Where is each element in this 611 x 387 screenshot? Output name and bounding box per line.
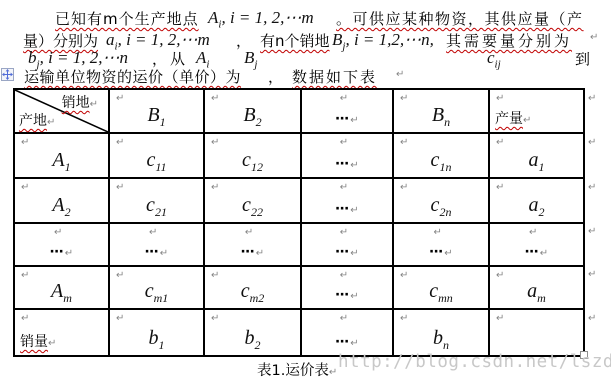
table-row: ↵A2 ↵c21 ↵c22 ↵⋯↵ ↵c2n ↵a2 — [14, 178, 584, 223]
row-header-am[interactable]: ↵Am — [14, 266, 109, 309]
end-of-row-mark: ↵ — [588, 93, 596, 104]
ellipsis: ⋯ — [50, 244, 65, 260]
end-of-row-mark: ↵ — [588, 182, 596, 193]
pilcrow-mark: ↵ — [400, 313, 408, 324]
math-expression: c12 — [242, 149, 263, 171]
math-expression: b1 — [149, 327, 165, 349]
pilcrow-mark: ↵ — [116, 137, 124, 148]
math-expression: Bj, i = 1,2,⋯n, — [332, 30, 434, 50]
math-base: a — [106, 30, 115, 49]
end-of-row-mark: ↵ — [588, 137, 596, 148]
math-expression: Bn — [432, 104, 450, 126]
math-expression: bn — [433, 327, 449, 349]
math-base: b — [28, 48, 37, 67]
header-cell-bn[interactable]: ↵Bn — [393, 89, 489, 133]
pilcrow-mark: ↵ — [400, 182, 408, 193]
pilcrow-mark: ↵ — [540, 248, 548, 259]
empty-cell[interactable]: ↵ — [489, 309, 584, 356]
math-expression: c21 — [146, 194, 167, 216]
linebreak-mark: ↵ — [396, 69, 404, 80]
pilcrow-mark: ↵ — [350, 291, 358, 302]
table-header-row: 销地↵ 产地↵ ↵B1 ↵B2 ↵⋯↵ ↵Bn ↵产量↵ — [14, 89, 584, 133]
pilcrow-mark: ↵ — [340, 227, 348, 238]
ellipsis-cell[interactable]: ↵⋯↵ — [393, 223, 489, 266]
pilcrow-mark: ↵ — [65, 248, 73, 259]
pilcrow-mark: ↵ — [245, 227, 253, 238]
supply-cell[interactable]: ↵am — [489, 266, 584, 309]
caption-text: 表1.运价表 — [257, 363, 329, 379]
math-expression: cm2 — [241, 280, 265, 302]
ellipsis: ⋯ — [335, 287, 350, 303]
pilcrow-mark: ↵ — [48, 338, 56, 349]
table-move-handle[interactable] — [1, 68, 14, 81]
ellipsis-cell[interactable]: ↵⋯↵ — [204, 223, 301, 266]
math-base: B — [244, 48, 254, 67]
end-of-row-mark: ↵ — [588, 269, 596, 280]
pilcrow-mark: ↵ — [340, 137, 348, 148]
corner-label-origin: 产地↵ — [19, 110, 55, 130]
pilcrow-mark: ↵ — [350, 248, 358, 259]
math-base: B — [332, 30, 342, 49]
pilcrow-mark: ↵ — [523, 115, 531, 126]
ellipsis: ⋯ — [429, 244, 444, 260]
pilcrow-mark: ↵ — [21, 313, 29, 324]
math-expression: B1 — [147, 104, 165, 126]
corner-label-destination: 销地↵ — [62, 92, 98, 112]
cost-cell[interactable]: ↵cm2 — [204, 266, 301, 309]
pilcrow-mark: ↵ — [350, 338, 358, 349]
pilcrow-mark: ↵ — [149, 227, 157, 238]
pilcrow-mark: ↵ — [529, 227, 537, 238]
pilcrow-mark: ↵ — [21, 137, 29, 148]
math-expression: Bj — [244, 48, 257, 68]
ellipsis-cell[interactable]: ↵⋯↵ — [301, 309, 393, 356]
linebreak-mark: ↵ — [590, 32, 598, 43]
cost-cell[interactable]: ↵cmn — [393, 266, 489, 309]
supply-cell[interactable]: ↵a1 — [489, 133, 584, 178]
paragraph-text: 已知有m个生产地点 — [55, 8, 199, 29]
math-expression: ai, i = 1, 2,⋯m — [106, 30, 210, 50]
table-caption: 表1.运价表↵ — [257, 359, 337, 380]
table-row-sales: ↵销量↵ ↵b1 ↵b2 ↵⋯↵ ↵bn ↵ — [14, 309, 584, 356]
math-expression: a1 — [529, 149, 545, 171]
math-expression: a2 — [529, 194, 545, 216]
paragraph-text: 到 — [575, 48, 590, 69]
math-expression: b2 — [245, 327, 261, 349]
math-expression: c1n — [431, 149, 452, 171]
ellipsis: ⋯ — [335, 244, 350, 260]
pilcrow-mark: ↵ — [496, 182, 504, 193]
cost-cell[interactable]: ↵c21 — [109, 178, 204, 223]
demand-cell[interactable]: ↵b2 — [204, 309, 301, 356]
ellipsis-cell[interactable]: ↵⋯↵ — [14, 223, 109, 266]
table-row: ↵A1 ↵c11 ↵c12 ↵⋯↵ ↵c1n ↵a1 — [14, 133, 584, 178]
pilcrow-mark: ↵ — [211, 182, 219, 193]
math-expression: cij — [487, 48, 501, 68]
supply-cell[interactable]: ↵a2 — [489, 178, 584, 223]
math-expression: Am — [51, 280, 72, 302]
math-expression: c11 — [147, 149, 167, 171]
pilcrow-mark: ↵ — [256, 248, 264, 259]
supply-label: 产量 — [495, 111, 523, 127]
pilcrow-mark: ↵ — [433, 227, 441, 238]
pilcrow-mark: ↵ — [496, 93, 504, 104]
pilcrow-mark: ↵ — [496, 313, 504, 324]
math-base: A — [208, 8, 218, 27]
pilcrow-mark: ↵ — [47, 117, 55, 128]
math-base: c — [487, 48, 495, 67]
paragraph-text: 运输单位物资的运价（单价）为 — [24, 66, 241, 87]
pilcrow-mark: ↵ — [496, 137, 504, 148]
pilcrow-mark: ↵ — [21, 182, 29, 193]
ellipsis: ⋯ — [335, 334, 350, 350]
cost-cell[interactable]: ↵c1n — [393, 133, 489, 178]
pilcrow-mark: ↵ — [160, 248, 168, 259]
header-cell-supply[interactable]: ↵产量↵ — [489, 89, 584, 133]
demand-cell[interactable]: ↵bn — [393, 309, 489, 356]
math-sub: ij — [495, 58, 501, 70]
math-base: A — [196, 48, 206, 67]
pilcrow-mark: ↵ — [340, 313, 348, 324]
math-expression: A1 — [52, 149, 70, 171]
cost-cell[interactable]: ↵c11 — [109, 133, 204, 178]
math-expression: Ai — [196, 48, 209, 68]
freight-rate-table: 销地↵ 产地↵ ↵B1 ↵B2 ↵⋯↵ ↵Bn ↵产量↵ ↵A1 ↵c11 ↵c… — [13, 88, 585, 357]
row-header-a1[interactable]: ↵A1 — [14, 133, 109, 178]
math-expression: bj, i = 1, 2,⋯n — [28, 48, 128, 68]
pilcrow-mark: ↵ — [211, 93, 219, 104]
cost-cell[interactable]: ↵cm1 — [109, 266, 204, 309]
pilcrow-mark: ↵ — [116, 93, 124, 104]
pilcrow-mark: ↵ — [340, 270, 348, 281]
math-expression: c2n — [431, 194, 452, 216]
ellipsis: ⋯ — [335, 111, 350, 127]
ellipsis: ⋯ — [335, 201, 350, 217]
punctuation: ， — [268, 66, 283, 87]
cost-cell[interactable]: ↵c12 — [204, 133, 301, 178]
math-expression: B2 — [243, 104, 261, 126]
table-row: ↵Am ↵cm1 ↵cm2 ↵⋯↵ ↵cmn ↵am — [14, 266, 584, 309]
ellipsis: ⋯ — [525, 244, 540, 260]
pilcrow-mark: ↵ — [211, 137, 219, 148]
end-of-row-mark: ↵ — [588, 226, 596, 237]
ellipsis-cell[interactable]: ↵⋯↵ — [109, 223, 204, 266]
math-expression: am — [527, 280, 546, 302]
paragraph-text: 其需要量分别为 — [446, 30, 572, 51]
ellipsis-cell[interactable]: ↵⋯↵ — [301, 223, 393, 266]
paragraph-text: 。可供应某种物资，其供应量（产 — [336, 8, 584, 29]
math-expression: cmn — [429, 280, 453, 302]
header-cell-b2[interactable]: ↵B2 — [204, 89, 301, 133]
ellipsis-cell[interactable]: ↵⋯↵ — [301, 133, 393, 178]
math-expression: cm1 — [145, 280, 169, 302]
ellipsis-cell[interactable]: ↵⋯↵ — [301, 266, 393, 309]
pilcrow-mark: ↵ — [54, 227, 62, 238]
pilcrow-mark: ↵ — [340, 182, 348, 193]
cost-cell[interactable]: ↵c22 — [204, 178, 301, 223]
paragraph-text: 有n个销地 — [260, 30, 330, 51]
math-expression: A2 — [52, 194, 70, 216]
math-rest: , i = 1, 2,⋯m — [118, 30, 210, 49]
corner-cell[interactable]: 销地↵ 产地↵ — [14, 89, 109, 133]
cost-cell[interactable]: ↵c2n — [393, 178, 489, 223]
move-arrows-icon — [2, 69, 13, 80]
pilcrow-mark: ↵ — [116, 182, 124, 193]
pilcrow-mark: ↵ — [400, 93, 408, 104]
ellipsis-cell[interactable]: ↵⋯↵ — [301, 178, 393, 223]
ellipsis: ⋯ — [335, 156, 350, 172]
table-row-ellipsis: ↵⋯↵ ↵⋯↵ ↵⋯↵ ↵⋯↵ ↵⋯↵ ↵⋯↵ — [14, 223, 584, 266]
demand-cell[interactable]: ↵b1 — [109, 309, 204, 356]
pilcrow-mark: ↵ — [400, 137, 408, 148]
word-document-page: 已知有m个生产地点 Ai, i = 1, 2,⋯m 。可供应某种物资，其供应量（… — [0, 0, 611, 387]
math-expression: Ai, i = 1, 2,⋯m — [208, 8, 314, 28]
math-rest: , i = 1,2,⋯n, — [345, 30, 433, 49]
ellipsis-cell[interactable]: ↵⋯↵ — [489, 223, 584, 266]
pilcrow-mark: ↵ — [340, 93, 348, 104]
end-of-row-mark: ↵ — [588, 313, 596, 324]
pilcrow-mark: ↵ — [329, 367, 337, 378]
pilcrow-mark: ↵ — [211, 313, 219, 324]
pilcrow-mark: ↵ — [350, 160, 358, 171]
header-cell-b1[interactable]: ↵B1 — [109, 89, 204, 133]
math-rest: , i = 1, 2,⋯m — [221, 8, 313, 27]
ellipsis: ⋯ — [241, 244, 256, 260]
paragraph-text: 数据如下表 — [292, 66, 377, 87]
math-sub: j — [254, 58, 257, 70]
pilcrow-mark: ↵ — [350, 115, 358, 126]
pilcrow-mark: ↵ — [116, 313, 124, 324]
watermark: http://blog.csdn.net/lszdh — [338, 352, 611, 372]
pilcrow-mark: ↵ — [90, 99, 98, 110]
ellipsis: ⋯ — [145, 244, 160, 260]
sales-label: 销量 — [20, 334, 48, 350]
pilcrow-mark: ↵ — [350, 205, 358, 216]
pilcrow-mark: ↵ — [444, 248, 452, 259]
row-header-a2[interactable]: ↵A2 — [14, 178, 109, 223]
math-expression: c22 — [242, 194, 263, 216]
header-cell-ellipsis[interactable]: ↵⋯↵ — [301, 89, 393, 133]
math-rest: , i = 1, 2,⋯n — [40, 48, 128, 67]
sales-label-cell[interactable]: ↵销量↵ — [14, 309, 109, 356]
